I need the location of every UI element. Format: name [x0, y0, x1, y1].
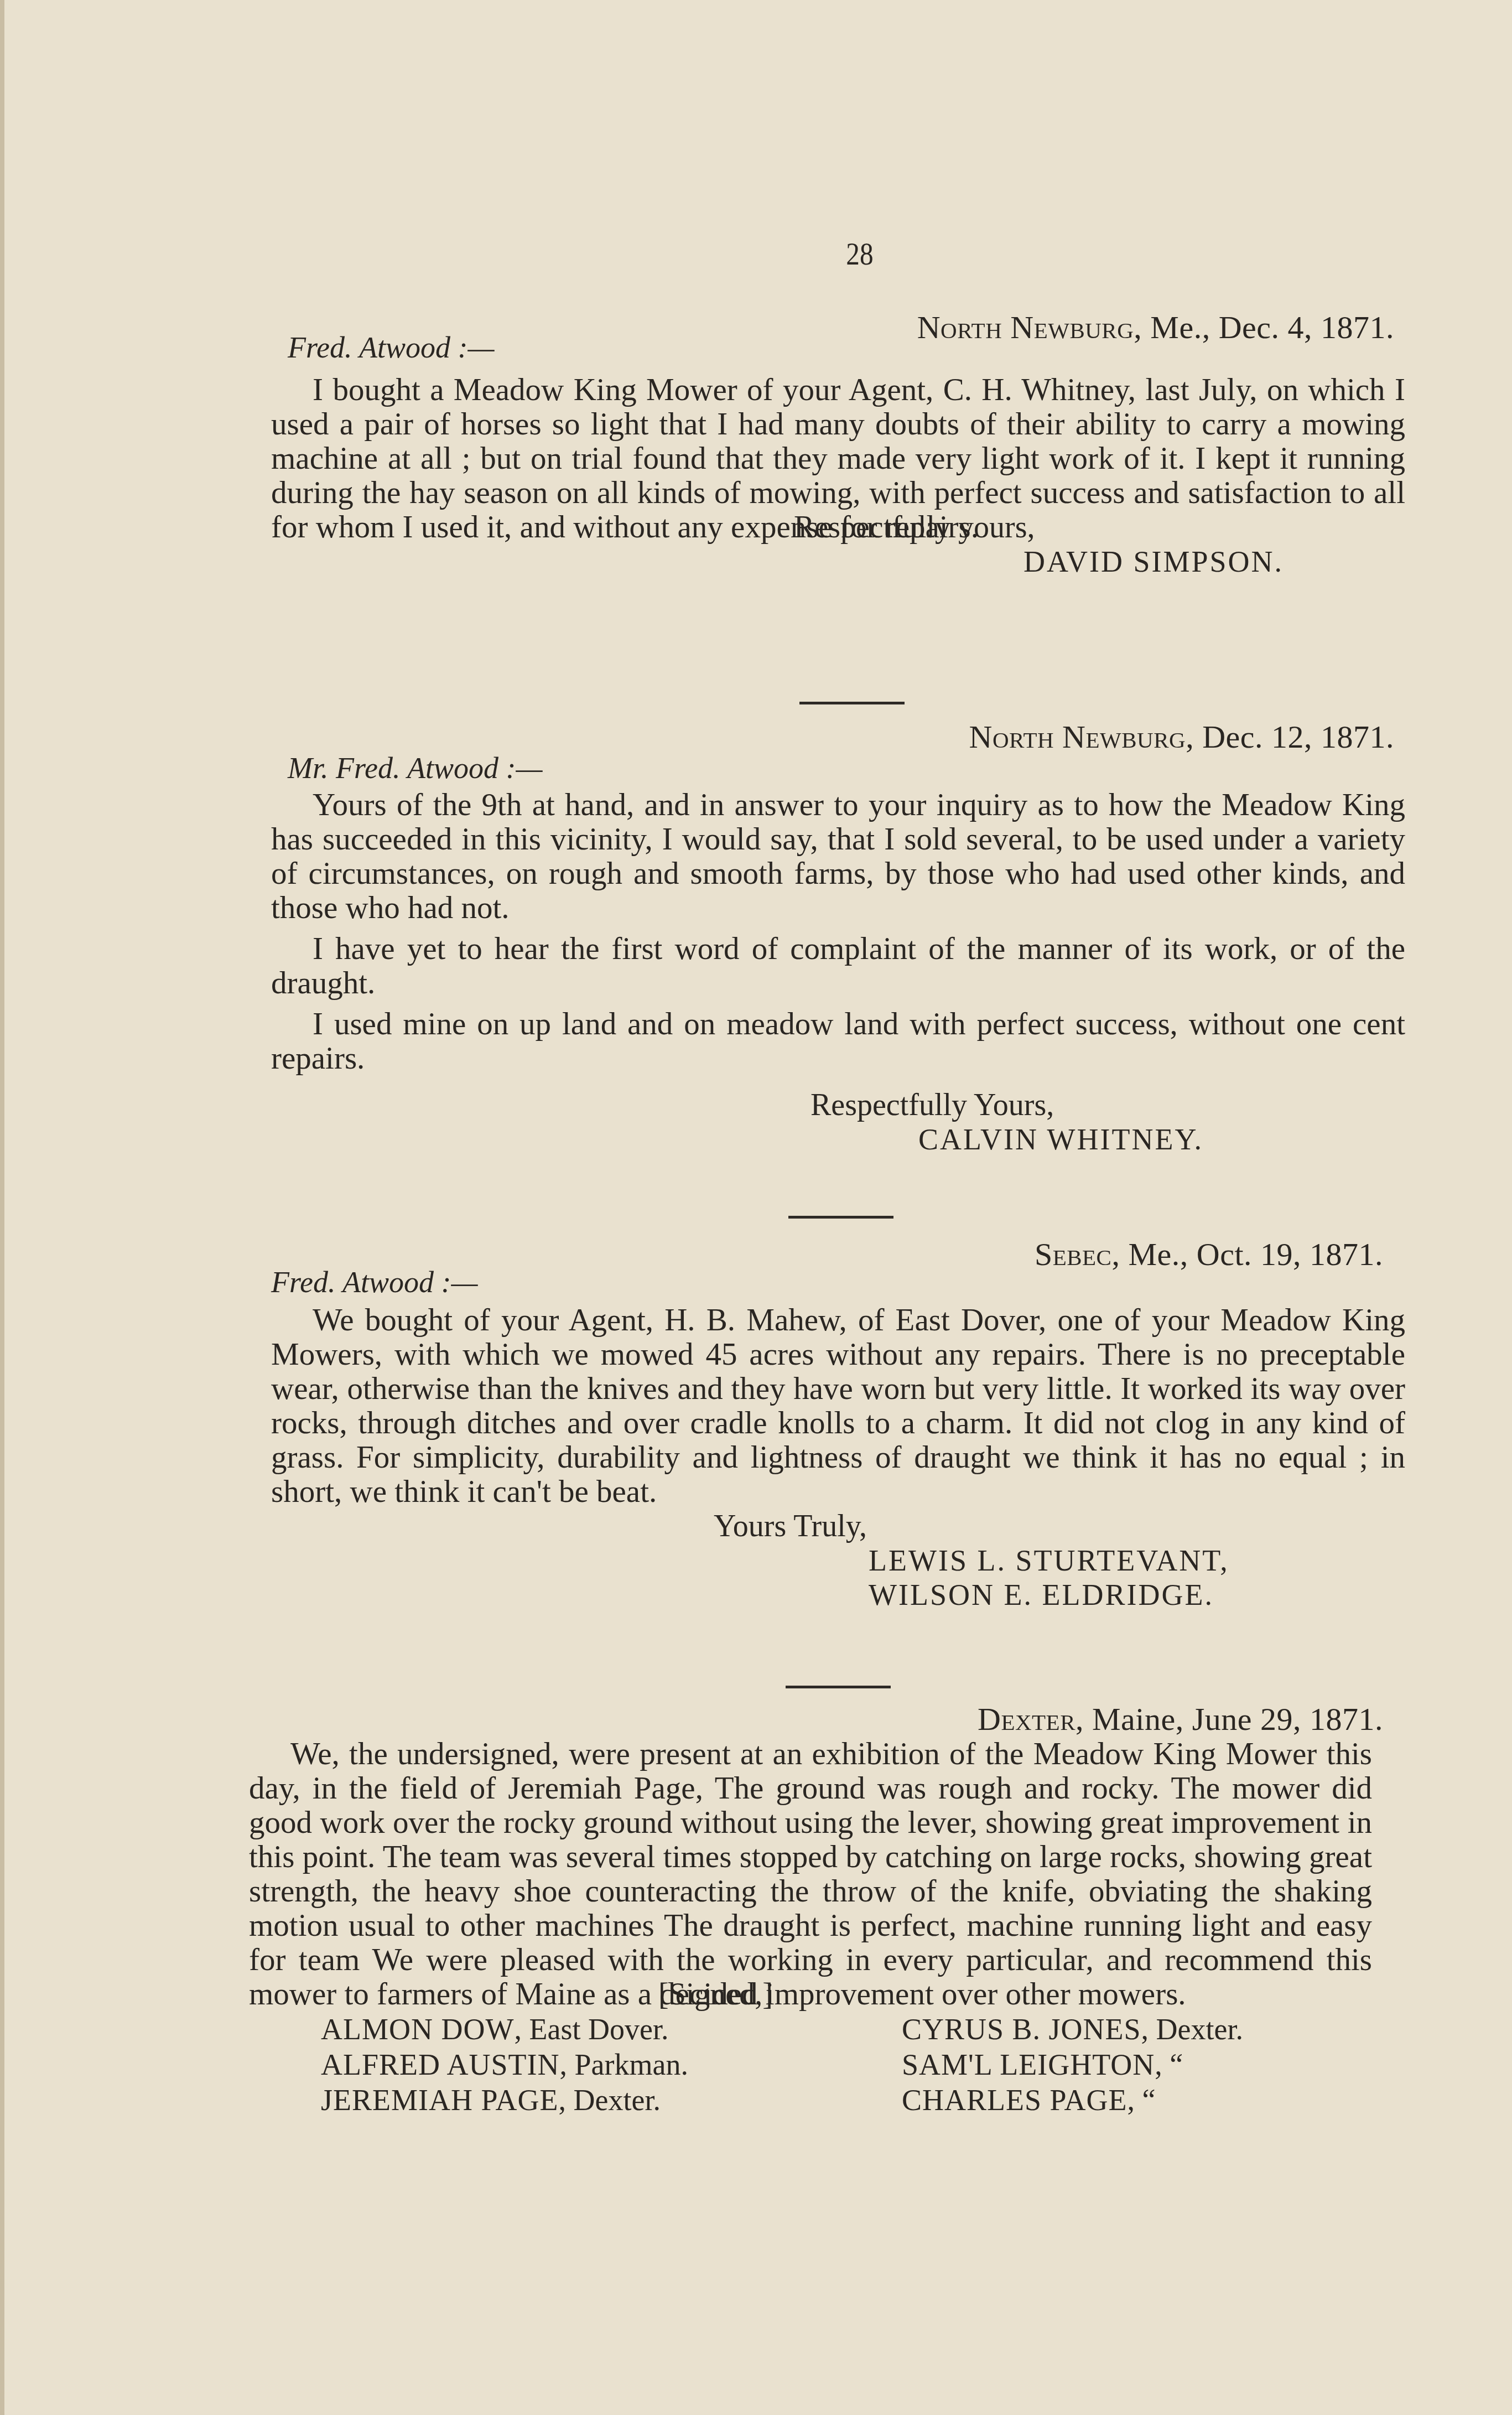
signer: JEREMIAH PAGE, Dexter. — [321, 2082, 902, 2118]
dateline-place: Sebec — [1035, 1236, 1112, 1272]
letter-paragraph: We bought of your Agent, H. B. Mahew, of… — [271, 1303, 1405, 1509]
section-divider — [786, 1686, 891, 1688]
dateline-date: , Maine, June 29, 1871. — [1075, 1701, 1383, 1737]
section-divider — [788, 1216, 893, 1219]
dateline-date: , Dec. 12, 1871. — [1186, 719, 1394, 755]
dateline: Dexter, Maine, June 29, 1871. — [271, 1702, 1405, 1737]
letter-paragraph: I used mine on up land and on meadow lan… — [271, 1007, 1405, 1076]
dateline-date: , Me., Dec. 4, 1871. — [1134, 309, 1394, 345]
signer: CYRUS B. JONES, Dexter. — [902, 2012, 1400, 2047]
letter-paragraph: I have yet to hear the first word of com… — [271, 932, 1405, 1001]
letter-paragraph: Yours of the 9th at hand, and in answer … — [271, 788, 1405, 925]
section-divider — [799, 702, 905, 704]
closing: Respectfully yours, — [794, 510, 1405, 545]
dateline: North Newburg, Dec. 12, 1871. — [271, 719, 1405, 755]
closing: Yours Truly, — [714, 1509, 1405, 1543]
page-number: 28 — [846, 235, 873, 272]
signature: DAVID SIMPSON. — [1023, 545, 1405, 579]
dateline-place: North Newburg — [917, 309, 1134, 345]
dateline-date: , Me., Oct. 19, 1871. — [1111, 1236, 1383, 1272]
letter-dexter-exhibition: Dexter, Maine, June 29, 1871. We, the un… — [271, 1702, 1405, 2118]
signer: ALFRED AUSTIN, Parkman. — [321, 2047, 902, 2082]
signature: LEWIS L. STURTEVANT, — [869, 1543, 1405, 1578]
signature: CALVIN WHITNEY. — [918, 1122, 1405, 1157]
letter-whitney: North Newburg, Dec. 12, 1871. Mr. Fred. … — [271, 719, 1405, 1157]
dateline-place: North Newburg — [969, 719, 1186, 755]
signer: CHARLES PAGE, “ — [902, 2082, 1400, 2118]
signer: SAM'L LEIGHTON, “ — [902, 2047, 1400, 2082]
signer: ALMON DOW, East Dover. — [321, 2012, 902, 2047]
letter-simpson: North Newburg, Me., Dec. 4, 1871. Fred. … — [271, 310, 1405, 579]
salutation: Mr. Fred. Atwood :— — [288, 750, 1405, 786]
letter-paragraph: We, the undersigned, were present at an … — [249, 1737, 1372, 2012]
page-edge — [0, 0, 4, 2415]
closing: Respectfully Yours, — [810, 1088, 1405, 1122]
letter-sturtevant-eldridge: Sebec, Me., Oct. 19, 1871. Fred. Atwood … — [271, 1237, 1405, 1612]
dateline-place: Dexter — [978, 1701, 1075, 1737]
signers-list: ALMON DOW, East Dover. CYRUS B. JONES, D… — [321, 2012, 1405, 2118]
signature: WILSON E. ELDRIDGE. — [869, 1578, 1405, 1612]
